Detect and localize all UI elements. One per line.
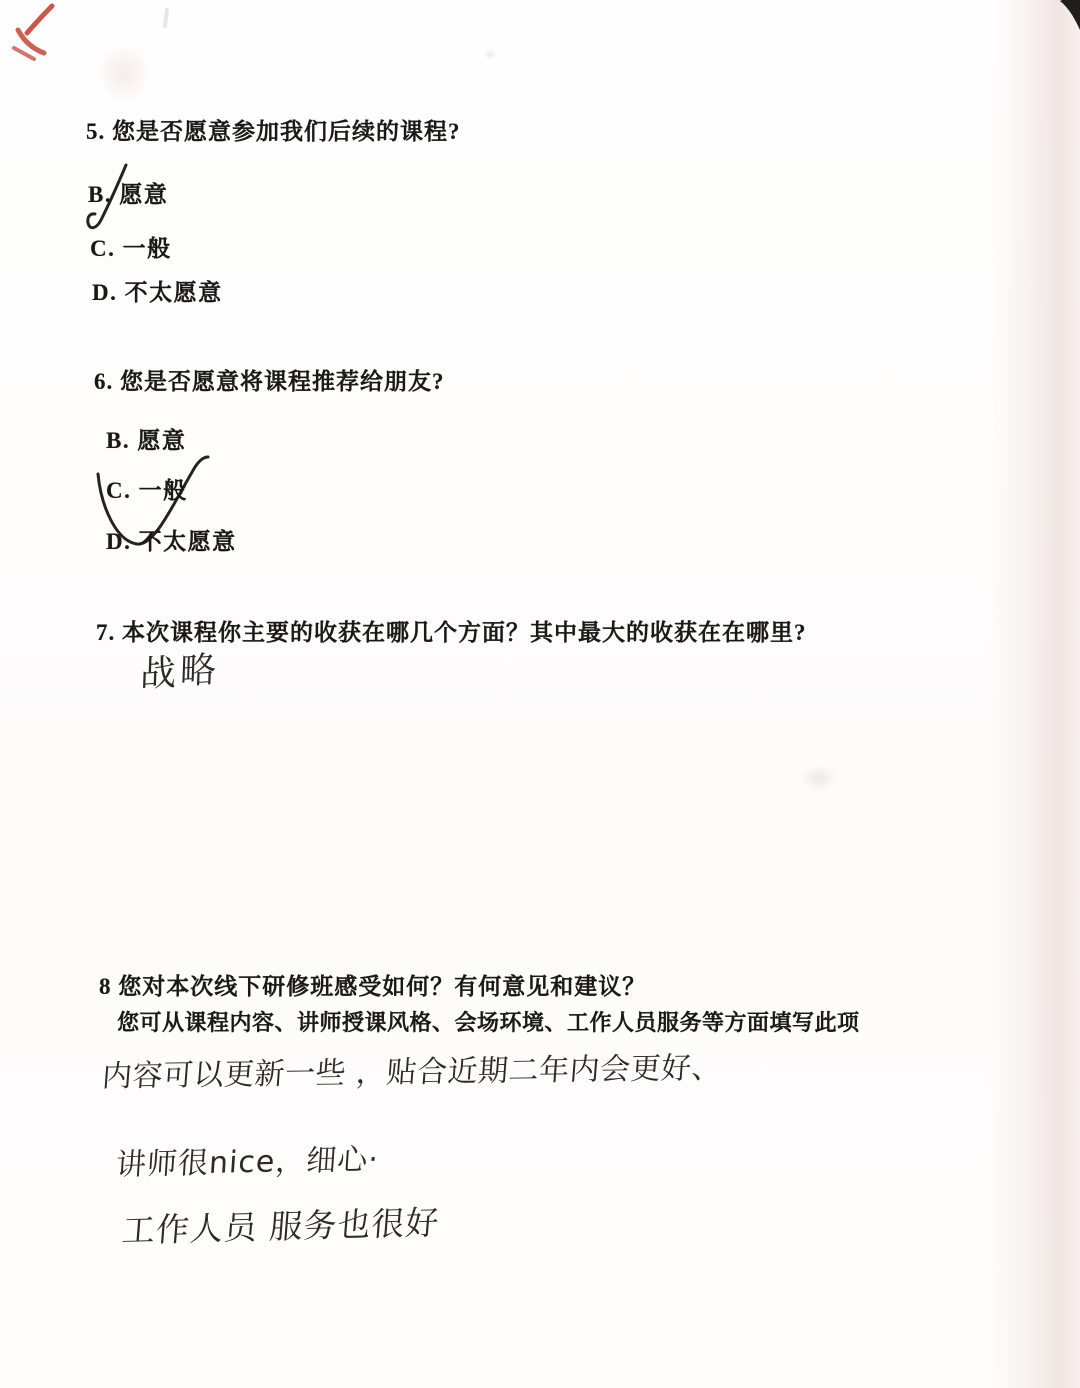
question-8-handwritten-line-2: 讲师很nice，细心· — [115, 1145, 380, 1181]
scan-smudge — [800, 765, 838, 791]
scan-corner-artifact — [1058, 0, 1080, 32]
scan-smudge — [163, 8, 169, 28]
question-7-handwritten-answer: 战略 — [139, 652, 220, 694]
question-8-handwritten-line-3: 工作人员 服务也很好 — [121, 1206, 441, 1247]
question-7-title: 7. 本次课程你主要的收获在哪几个方面？其中最大的收获在在哪里? — [96, 620, 807, 646]
question-5-title: 5. 您是否愿意参加我们后续的课程? — [86, 119, 461, 145]
scan-smudge — [96, 42, 152, 104]
question-5-option-d: D. 不太愿意 — [92, 280, 223, 306]
question-6-title: 6. 您是否愿意将课程推荐给朋友? — [94, 369, 445, 395]
scanned-survey-page: 5. 您是否愿意参加我们后续的课程? B. 愿意 C. 一般 D. 不太愿意 6… — [0, 0, 1080, 1388]
question-6-option-b: B. 愿意 — [106, 428, 186, 454]
question-5-option-b: B. 愿意 — [88, 182, 168, 208]
question-5-option-c: C. 一般 — [90, 236, 172, 262]
question-8-title: 8 您对本次线下研修班感受如何？有何意见和建议？ — [99, 974, 646, 1000]
question-6-option-c: C. 一般 — [106, 478, 188, 504]
red-ink-artifact — [6, 2, 70, 64]
question-8-handwritten-line-1: 内容可以更新一些 ，贴合近期二年内会更好、 — [101, 1054, 723, 1093]
question-6-option-d: D. 不太愿意 — [106, 529, 237, 555]
question-8-hint: 您可从课程内容、讲师授课风格、会场环境、工作人员服务等方面填写此项 — [117, 1010, 860, 1035]
scan-smudge — [484, 50, 496, 59]
page-edge-shadow — [990, 0, 1080, 1388]
